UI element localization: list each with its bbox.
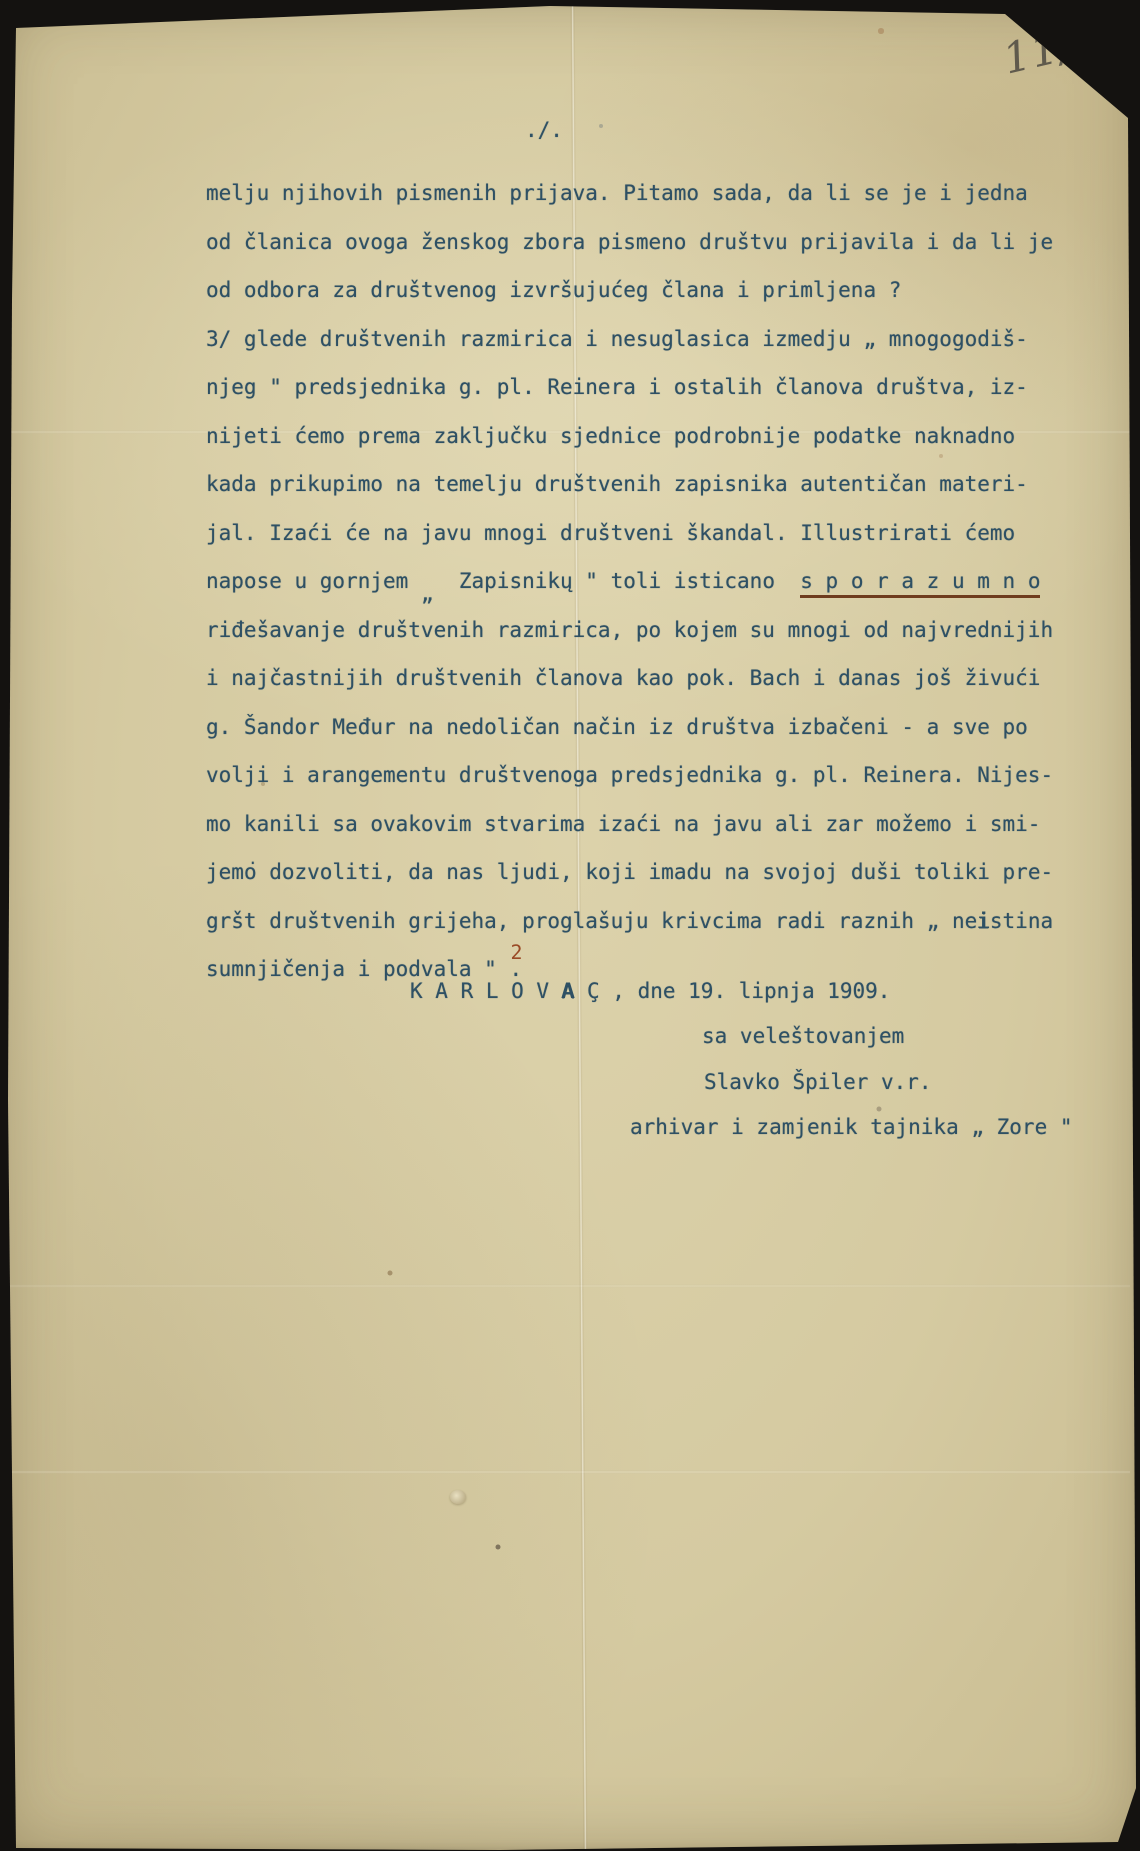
- paper-dent: [450, 1490, 466, 1504]
- body-line: gršt društvenih grijeha, proglašuju kriv…: [206, 906, 1053, 955]
- fold-crease-horizontal: [10, 1284, 1130, 1288]
- paper-specks: [0, 0, 2, 2]
- text-segment: Zapisnikų " toli isticano: [434, 569, 801, 593]
- text-segment: melju njihovih pismenih prijava. Pitamo …: [206, 181, 1028, 205]
- body-text: melju njihovih pismenih prijava. Pitamo …: [206, 178, 1053, 1003]
- text-segment: 3/ glede društvenih razmirica i nesuglas…: [206, 327, 1028, 351]
- body-line: riđešavanje društvenih razmirica, po koj…: [206, 615, 1053, 664]
- text-segment: od članica ovoga ženskog zbora pismeno d…: [206, 230, 1053, 254]
- place-date-line: K A R L O V A Ç , dne 19. lipnja 1909.: [410, 979, 890, 1003]
- archival-number-annotation: 11/909: [998, 1, 1140, 83]
- body-line: 3/ glede društvenih razmirica i nesuglas…: [206, 324, 1053, 373]
- closing-line: sa veleštovanjem: [702, 1024, 904, 1048]
- page-continuation-mark: ./.: [525, 118, 563, 142]
- body-line: i najčastnijih društvenih članova kao po…: [206, 663, 1053, 712]
- body-line: mo kanili sa ovakovim stvarima izaći na …: [206, 809, 1053, 858]
- text-segment: dozvoliti, da nas ljudi, koji imadu na s…: [257, 860, 1054, 884]
- text-segment: njeg " predsjednika g. pl. Reinera i ost…: [206, 375, 1028, 399]
- fold-crease-horizontal: [10, 1470, 1130, 1474]
- text-segment: o: [244, 860, 257, 884]
- text-segment: i najčastnijih društvenih članova kao po…: [206, 666, 1040, 690]
- body-line: njeg " predsjednika g. pl. Reinera i ost…: [206, 372, 1053, 421]
- text-segment: Ç , dne 19. lipnja 1909.: [574, 979, 890, 1003]
- text-segment: kada prikupimo na temelju društvenih zap…: [206, 472, 1028, 496]
- text-segment: i: [977, 909, 990, 933]
- text-segment: stina: [990, 909, 1053, 933]
- text-segment: g. Šandor Međur na nedoličan način iz dr…: [206, 715, 1028, 739]
- body-line: nijeti ćemo prema zaključku sjednice pod…: [206, 421, 1053, 470]
- text-segment: riđešavanje društvenih razmirica, po koj…: [206, 618, 1053, 642]
- text-segment: napose u gornjem: [206, 569, 421, 593]
- underlined-word: s p o r a z u m n o: [800, 569, 1040, 598]
- text-segment: A: [562, 979, 575, 1003]
- document-page: 11/909 ./. melju njihovih pismenih prija…: [0, 0, 1140, 1851]
- red-superscript: 2: [510, 940, 522, 964]
- text-segment: jal. Izaći će na javu mnogi društveni šk…: [206, 521, 1015, 545]
- body-line: volji i arangementu društvenoga predsjed…: [206, 760, 1053, 809]
- text-segment: sumnjičenja i podvala ": [206, 957, 509, 981]
- text-segment: od odbora za društvenog izvršujućeg član…: [206, 278, 901, 302]
- body-line: melju njihovih pismenih prijava. Pitamo …: [206, 178, 1053, 227]
- body-line: g. Šandor Međur na nedoličan način iz dr…: [206, 712, 1053, 761]
- text-segment: gršt društvenih grijeha, proglašuju kriv…: [206, 909, 977, 933]
- signer-line: Slavko Špiler v.r.: [704, 1070, 932, 1094]
- text-segment: „: [421, 582, 434, 606]
- text-segment: mo kanili sa ovakovim stvarima izaći na …: [206, 812, 1040, 836]
- text-segment: volji i arangementu društvenoga predsjed…: [206, 763, 1053, 787]
- body-line: jemo dozvoliti, da nas ljudi, koji imadu…: [206, 857, 1053, 906]
- body-line: jal. Izaći će na javu mnogi društveni šk…: [206, 518, 1053, 567]
- signer-title-line: arhivar i zamjenik tajnika „ Zore ": [630, 1115, 1073, 1139]
- text-segment: nijeti ćemo prema zaključku sjednice pod…: [206, 424, 1015, 448]
- body-line: od članica ovoga ženskog zbora pismeno d…: [206, 227, 1053, 276]
- body-line: od odbora za društvenog izvršujućeg član…: [206, 275, 1053, 324]
- text-segment: K A R L O V: [410, 979, 562, 1003]
- text-segment: jem: [206, 860, 244, 884]
- overtyped-annotation: 2.: [509, 957, 522, 981]
- body-line: kada prikupimo na temelju društvenih zap…: [206, 469, 1053, 518]
- body-line: napose u gornjem „ Zapisnikų " toli isti…: [206, 566, 1053, 615]
